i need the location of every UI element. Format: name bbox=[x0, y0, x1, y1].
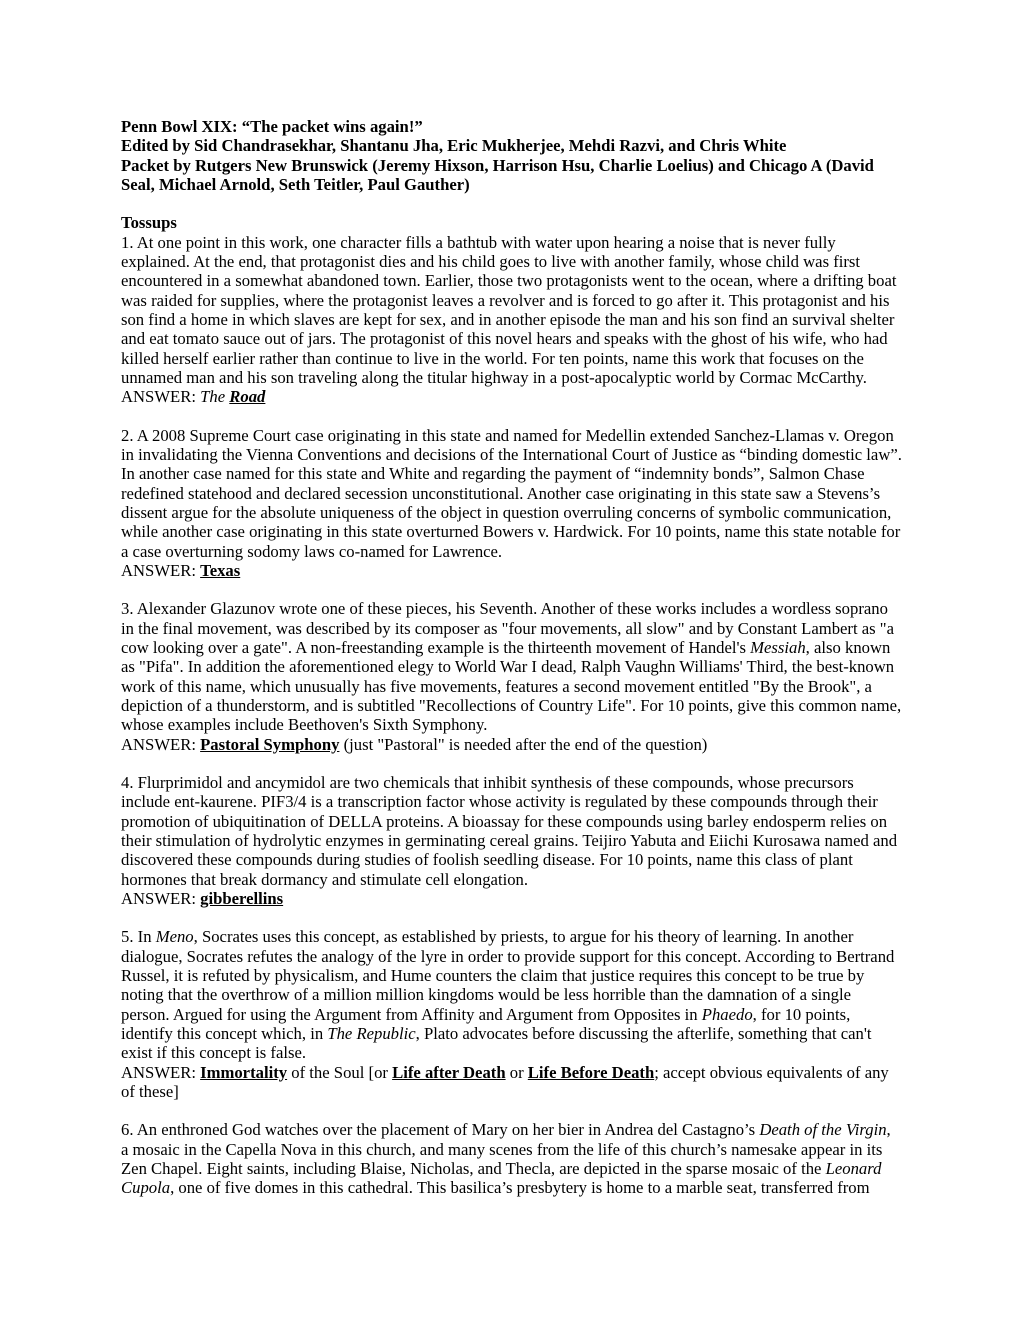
tossup-question: 2. A 2008 Supreme Court case originating… bbox=[121, 426, 902, 561]
tossup-question: 6. An enthroned God watches over the pla… bbox=[121, 1120, 902, 1197]
tossup-question: 3. Alexander Glazunov wrote one of these… bbox=[121, 599, 902, 734]
tossup-question: 4. Flurprimidol and ancymidol are two ch… bbox=[121, 773, 902, 889]
packet-authors-line: Packet by Rutgers New Brunswick (Jeremy … bbox=[121, 156, 902, 195]
blank-line bbox=[121, 194, 902, 213]
packet-title: Penn Bowl XIX: “The packet wins again!” bbox=[121, 117, 902, 136]
packet-editors-line: Edited by Sid Chandrasekhar, Shantanu Jh… bbox=[121, 136, 902, 155]
blank-line bbox=[121, 406, 902, 425]
tossup-item-6: 6. An enthroned God watches over the pla… bbox=[121, 1120, 902, 1197]
tossup-item-1: 1. At one point in this work, one charac… bbox=[121, 233, 902, 407]
tossup-item-2: 2. A 2008 Supreme Court case originating… bbox=[121, 426, 902, 580]
section-heading-tossups: Tossups bbox=[121, 213, 902, 232]
document-page: Penn Bowl XIX: “The packet wins again!” … bbox=[0, 0, 1020, 1320]
tossup-item-4: 4. Flurprimidol and ancymidol are two ch… bbox=[121, 773, 902, 908]
blank-line bbox=[121, 908, 902, 927]
tossup-answer: ANSWER: The Road bbox=[121, 387, 902, 406]
tossup-answer: ANSWER: Immortality of the Soul [or Life… bbox=[121, 1063, 902, 1102]
blank-line bbox=[121, 1101, 902, 1120]
tossup-answer: ANSWER: gibberellins bbox=[121, 889, 902, 908]
tossup-question: 5. In Meno, Socrates uses this concept, … bbox=[121, 927, 902, 1062]
tossup-answer: ANSWER: Pastoral Symphony (just "Pastora… bbox=[121, 735, 902, 754]
blank-line bbox=[121, 580, 902, 599]
quizbowl-packet-document: Penn Bowl XIX: “The packet wins again!” … bbox=[121, 117, 902, 1198]
tossup-question: 1. At one point in this work, one charac… bbox=[121, 233, 902, 387]
tossup-item-3: 3. Alexander Glazunov wrote one of these… bbox=[121, 599, 902, 753]
tossup-item-5: 5. In Meno, Socrates uses this concept, … bbox=[121, 927, 902, 1101]
blank-line bbox=[121, 754, 902, 773]
tossup-answer: ANSWER: Texas bbox=[121, 561, 902, 580]
